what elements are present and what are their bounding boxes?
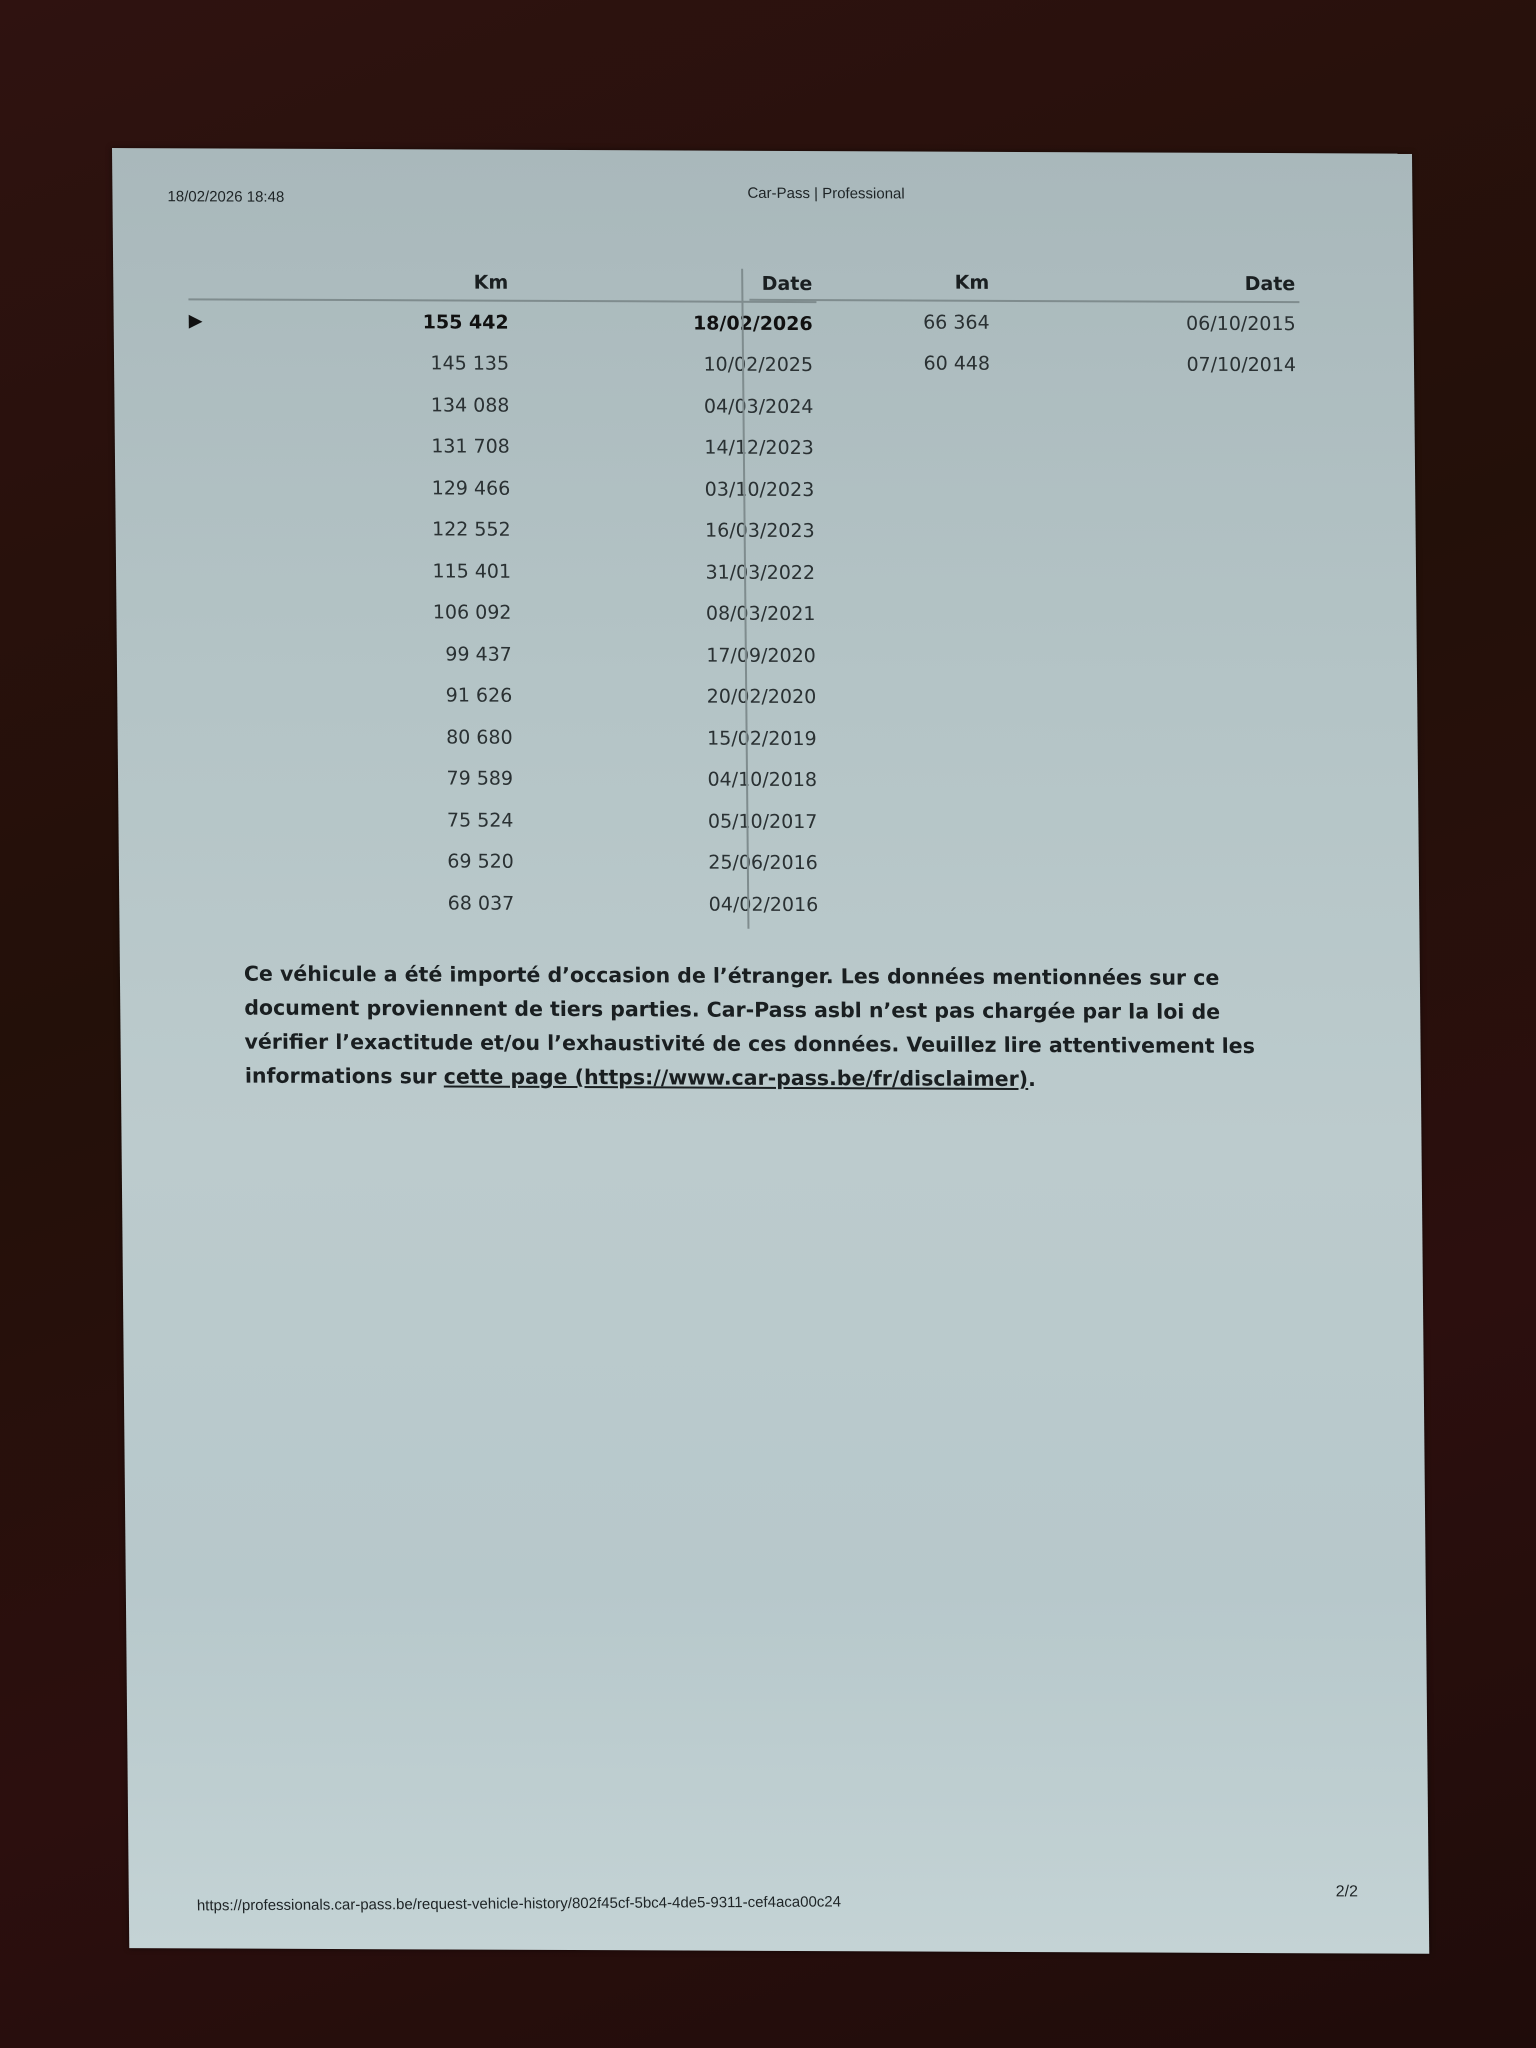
km-cell: 131 708 xyxy=(230,435,510,458)
km-cell: 99 437 xyxy=(232,642,512,665)
print-datetime: 18/02/2026 18:48 xyxy=(167,188,284,206)
page-number: 2/2 xyxy=(1336,1883,1358,1901)
km-cell: 60 448 xyxy=(750,352,990,375)
date-cell: 14/12/2023 xyxy=(510,436,814,459)
km-cell: 91 626 xyxy=(232,684,512,707)
disclaimer-text: Ce véhicule a été importé d’occasion de … xyxy=(244,957,1285,1098)
disclaimer-suffix: . xyxy=(1028,1067,1036,1091)
date-cell: 15/02/2019 xyxy=(513,727,817,750)
table-header: Km Date xyxy=(749,259,1299,303)
km-cell: 79 589 xyxy=(233,767,513,790)
date-cell: 04/10/2018 xyxy=(513,768,817,791)
mileage-table-left: Km Date ▶155 44218/02/2026145 13510/02/2… xyxy=(188,258,822,925)
date-cell: 31/03/2022 xyxy=(511,560,815,583)
km-cell: 115 401 xyxy=(231,559,511,582)
table-row: 80 68015/02/2019 xyxy=(192,715,820,759)
km-cell: 106 092 xyxy=(231,601,511,624)
table-row: 145 13510/02/2025 xyxy=(189,342,817,386)
footer-url: https://professionals.car-pass.be/reques… xyxy=(197,1893,842,1914)
date-cell: 25/06/2016 xyxy=(514,851,818,874)
table-row: 115 40131/03/2022 xyxy=(191,549,819,593)
mileage-table-right: Km Date 66 36406/10/201560 44807/10/2014 xyxy=(749,259,1300,386)
column-header-date: Date xyxy=(989,272,1295,295)
date-cell: 17/09/2020 xyxy=(512,643,816,666)
column-header-km: Km xyxy=(228,271,508,294)
table-header: Km Date xyxy=(188,258,816,303)
table-row: 134 08804/03/2024 xyxy=(189,383,817,427)
km-cell: 75 524 xyxy=(233,808,513,831)
date-cell: 07/10/2014 xyxy=(990,353,1296,376)
table-row: 79 58904/10/2018 xyxy=(193,757,821,801)
date-cell: 20/02/2020 xyxy=(512,685,816,708)
table-row: 99 43717/09/2020 xyxy=(192,632,820,676)
date-cell: 06/10/2015 xyxy=(990,312,1296,335)
date-cell: 03/10/2023 xyxy=(510,477,814,500)
km-cell: 69 520 xyxy=(234,850,514,873)
km-cell: 134 088 xyxy=(229,393,509,416)
table-row: 75 52405/10/2017 xyxy=(193,798,821,842)
table-row: 66 36406/10/2015 xyxy=(749,301,1299,345)
table-row: 122 55216/03/2023 xyxy=(190,508,818,552)
km-cell: 155 442 xyxy=(229,310,509,333)
table-row: 69 52025/06/2016 xyxy=(194,840,822,884)
page-title: Car-Pass | Professional xyxy=(747,185,904,203)
date-cell: 16/03/2023 xyxy=(511,519,815,542)
triangle-right-icon: ▶ xyxy=(189,311,229,332)
km-cell: 68 037 xyxy=(234,891,514,914)
date-cell: 08/03/2021 xyxy=(511,602,815,625)
km-cell: 129 466 xyxy=(230,476,510,499)
table-row: 68 03704/02/2016 xyxy=(194,881,822,925)
km-cell: 122 552 xyxy=(231,518,511,541)
table-row: 60 44807/10/2014 xyxy=(750,342,1300,386)
printed-page: 18/02/2026 18:48 Car-Pass | Professional… xyxy=(112,148,1429,1954)
table-row: 129 46603/10/2023 xyxy=(190,466,818,510)
table-row: 91 62620/02/2020 xyxy=(192,674,820,718)
date-cell: 04/02/2016 xyxy=(514,893,818,916)
table-row: ▶155 44218/02/2026 xyxy=(188,300,816,344)
km-cell: 66 364 xyxy=(750,311,990,334)
column-header-km: Km xyxy=(749,271,989,294)
table-row: 131 70814/12/2023 xyxy=(190,425,818,469)
km-cell: 80 680 xyxy=(233,725,513,748)
disclaimer-link[interactable]: cette page (https://www.car-pass.be/fr/d… xyxy=(444,1064,1029,1091)
date-cell: 04/03/2024 xyxy=(509,394,813,417)
table-row: 106 09208/03/2021 xyxy=(191,591,819,635)
km-cell: 145 135 xyxy=(229,352,509,375)
date-cell: 05/10/2017 xyxy=(513,810,817,833)
